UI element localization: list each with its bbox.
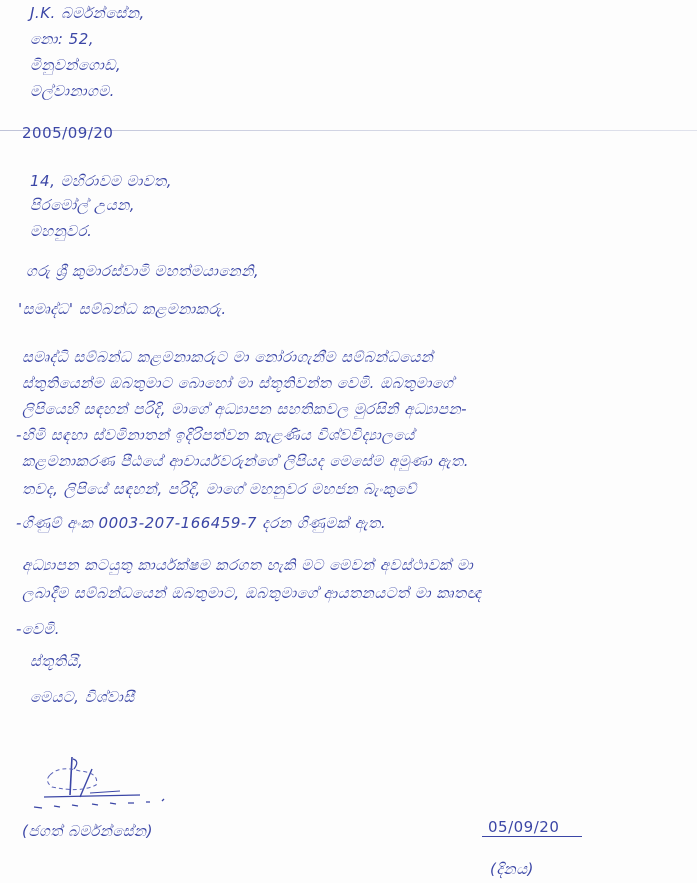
- recipient-address-line2: පිරමෝල් උයන,: [30, 196, 135, 214]
- footer-date-underline: [482, 836, 582, 837]
- body-line: කළමනාකරණ පීඨයේ ආචාර්යවරුන්ගේ ලිපියද මෙසේ…: [22, 452, 469, 470]
- recipient-address-line3: මහනුවර.: [30, 222, 92, 240]
- footer-date-label: (දිනය): [490, 860, 534, 878]
- letter-date: 2005/09/20: [22, 124, 113, 142]
- recipient-address-line1: 14, මහිරාවම මාවත,: [30, 172, 172, 190]
- sender-name: J.K. බර්මන්සේන,: [30, 4, 145, 22]
- footer-date: 05/09/20: [488, 818, 559, 836]
- body-line: ස්තුතියෙන්ම ඔබතුමාට බොහෝ මා ස්තූතිවන්ත ව…: [22, 374, 453, 392]
- signatory-name: (ජගත් බර්මන්සේන): [22, 822, 153, 840]
- body-line: ලිපියෙහි සඳහන් පරිදි, මාගේ අධ්‍යාපන සහති…: [22, 400, 467, 418]
- closing-faithfully: මෙයට, විශ්වාසී: [30, 688, 135, 706]
- closing-thanks: ස්තූතියි,: [30, 652, 83, 670]
- salutation-line1: ගරු ශ්‍රී කුමාරස්වාමි මහත්මයානෙනි,: [26, 262, 259, 280]
- body-line: -හිමි සඳහා ස්වමිනාතන් ඉදිරිපත්වන කැළණිය …: [16, 426, 415, 444]
- body-line: -වෙමි.: [16, 620, 60, 638]
- signature-mark: [30, 755, 210, 825]
- salutation-subject: 'සමෘද්ධ' සම්බන්ධ කළමනාකරු.: [18, 300, 227, 318]
- body-line: ලබාදීම සම්බන්ධයෙන් ඔබතුමාට, ඔබතුමාගේ ආයත…: [22, 584, 482, 602]
- body-line: තවද, ලිපියේ සඳහන්, පරිදි, මාගේ මහනුවර මහ…: [22, 480, 417, 498]
- body-line: අධ්‍යාපන කටයුතු කාර්යක්ෂම කරගත හැකි මට ම…: [22, 556, 473, 574]
- sender-address-line2: මල්වානාගම.: [30, 82, 115, 100]
- body-line: -ගිණුම් අංක 0003-207-166459-7 දරන ගිණුමක…: [16, 514, 386, 532]
- body-line: සමෘද්ධි සම්බන්ධ කළමනාකරුට මා නෝරාගැනීම ස…: [22, 348, 433, 366]
- sender-number: නො: 52,: [30, 30, 94, 48]
- sender-address-line1: මිනුවන්ගොඩ,: [30, 56, 121, 74]
